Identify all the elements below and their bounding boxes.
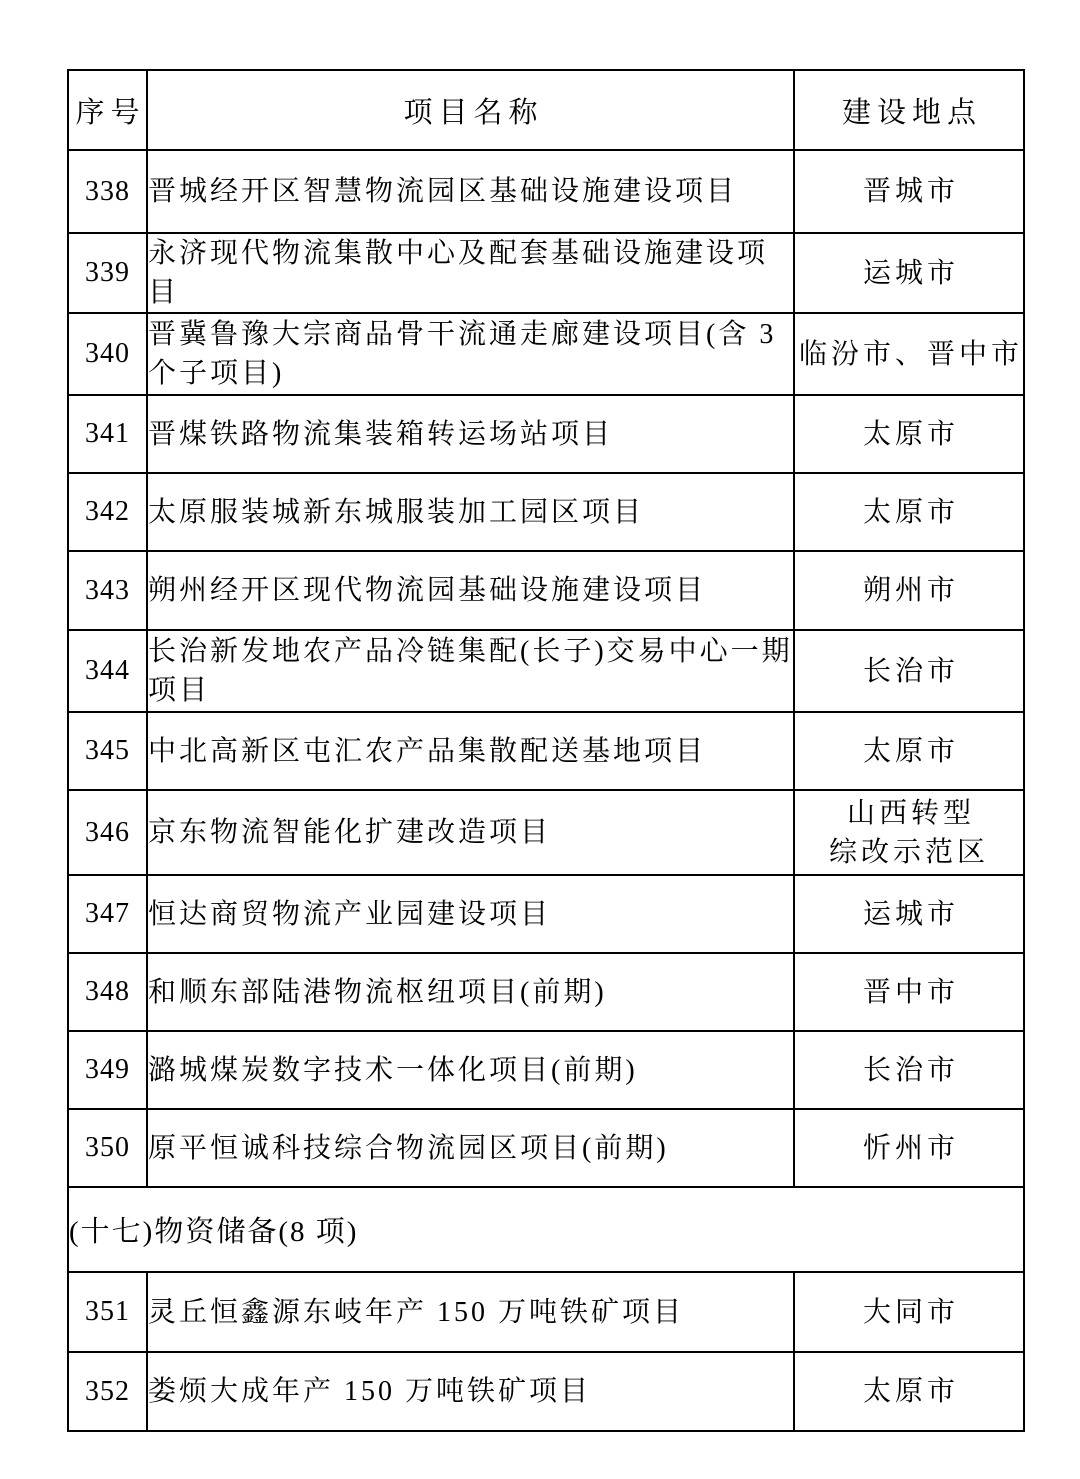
project-name: 长治新发地农产品冷链集配(长子)交易中心一期项目: [147, 630, 794, 712]
project-location: 长治市: [794, 1031, 1024, 1109]
row-index: 351: [68, 1272, 147, 1352]
project-location: 朔州市: [794, 551, 1024, 630]
table-row: 351 灵丘恒鑫源东岐年产 150 万吨铁矿项目 大同市: [68, 1272, 1024, 1352]
table-header-row: 序号 项目名称 建设地点: [68, 70, 1024, 150]
project-name: 潞城煤炭数字技术一体化项目(前期): [147, 1031, 794, 1109]
table-row: 348 和顺东部陆港物流枢纽项目(前期) 晋中市: [68, 953, 1024, 1031]
project-name: 灵丘恒鑫源东岐年产 150 万吨铁矿项目: [147, 1272, 794, 1352]
project-location: 太原市: [794, 712, 1024, 790]
row-index: 339: [68, 233, 147, 313]
row-index: 348: [68, 953, 147, 1031]
table-row: 352 娄烦大成年产 150 万吨铁矿项目 太原市: [68, 1352, 1024, 1431]
table-row: 346 京东物流智能化扩建改造项目 山西转型 综改示范区: [68, 790, 1024, 875]
project-name: 晋冀鲁豫大宗商品骨干流通走廊建设项目(含 3 个子项目): [147, 313, 794, 395]
table-row: 347 恒达商贸物流产业园建设项目 运城市: [68, 875, 1024, 953]
row-index: 343: [68, 551, 147, 630]
row-index: 347: [68, 875, 147, 953]
project-location: 运城市: [794, 875, 1024, 953]
projects-table: 序号 项目名称 建设地点 338 晋城经开区智慧物流园区基础设施建设项目 晋城市…: [67, 69, 1025, 1432]
table-row: 343 朔州经开区现代物流园基础设施建设项目 朔州市: [68, 551, 1024, 630]
row-index: 345: [68, 712, 147, 790]
project-location: 山西转型 综改示范区: [794, 790, 1024, 875]
project-location: 太原市: [794, 1352, 1024, 1431]
project-location: 太原市: [794, 473, 1024, 551]
table-row: 338 晋城经开区智慧物流园区基础设施建设项目 晋城市: [68, 150, 1024, 233]
col-header-location: 建设地点: [794, 70, 1024, 150]
project-location: 临汾市、晋中市: [794, 313, 1024, 395]
table-row: 350 原平恒诚科技综合物流园区项目(前期) 忻州市: [68, 1109, 1024, 1187]
project-name: 和顺东部陆港物流枢纽项目(前期): [147, 953, 794, 1031]
project-location: 大同市: [794, 1272, 1024, 1352]
project-name: 中北高新区屯汇农产品集散配送基地项目: [147, 712, 794, 790]
table-row: 339 永济现代物流集散中心及配套基础设施建设项目 运城市: [68, 233, 1024, 313]
project-location: 忻州市: [794, 1109, 1024, 1187]
project-name: 娄烦大成年产 150 万吨铁矿项目: [147, 1352, 794, 1431]
row-index: 341: [68, 395, 147, 473]
table-row: 345 中北高新区屯汇农产品集散配送基地项目 太原市: [68, 712, 1024, 790]
row-index: 349: [68, 1031, 147, 1109]
project-name: 太原服装城新东城服装加工园区项目: [147, 473, 794, 551]
project-name: 永济现代物流集散中心及配套基础设施建设项目: [147, 233, 794, 313]
project-name: 晋煤铁路物流集装箱转运场站项目: [147, 395, 794, 473]
project-location: 晋中市: [794, 953, 1024, 1031]
section-header-label: (十七)物资储备(8 项): [68, 1187, 1024, 1272]
table-row: 341 晋煤铁路物流集装箱转运场站项目 太原市: [68, 395, 1024, 473]
project-name: 晋城经开区智慧物流园区基础设施建设项目: [147, 150, 794, 233]
project-name: 原平恒诚科技综合物流园区项目(前期): [147, 1109, 794, 1187]
project-name: 京东物流智能化扩建改造项目: [147, 790, 794, 875]
col-header-index: 序号: [68, 70, 147, 150]
row-index: 342: [68, 473, 147, 551]
section-header-row: (十七)物资储备(8 项): [68, 1187, 1024, 1272]
row-index: 338: [68, 150, 147, 233]
table-row: 342 太原服装城新东城服装加工园区项目 太原市: [68, 473, 1024, 551]
row-index: 344: [68, 630, 147, 712]
table-row: 340 晋冀鲁豫大宗商品骨干流通走廊建设项目(含 3 个子项目) 临汾市、晋中市: [68, 313, 1024, 395]
row-index: 352: [68, 1352, 147, 1431]
project-location: 太原市: [794, 395, 1024, 473]
project-location: 运城市: [794, 233, 1024, 313]
row-index: 340: [68, 313, 147, 395]
col-header-project-name: 项目名称: [147, 70, 794, 150]
row-index: 346: [68, 790, 147, 875]
project-location: 晋城市: [794, 150, 1024, 233]
row-index: 350: [68, 1109, 147, 1187]
project-name: 朔州经开区现代物流园基础设施建设项目: [147, 551, 794, 630]
project-location: 长治市: [794, 630, 1024, 712]
table-row: 349 潞城煤炭数字技术一体化项目(前期) 长治市: [68, 1031, 1024, 1109]
project-name: 恒达商贸物流产业园建设项目: [147, 875, 794, 953]
table-row: 344 长治新发地农产品冷链集配(长子)交易中心一期项目 长治市: [68, 630, 1024, 712]
